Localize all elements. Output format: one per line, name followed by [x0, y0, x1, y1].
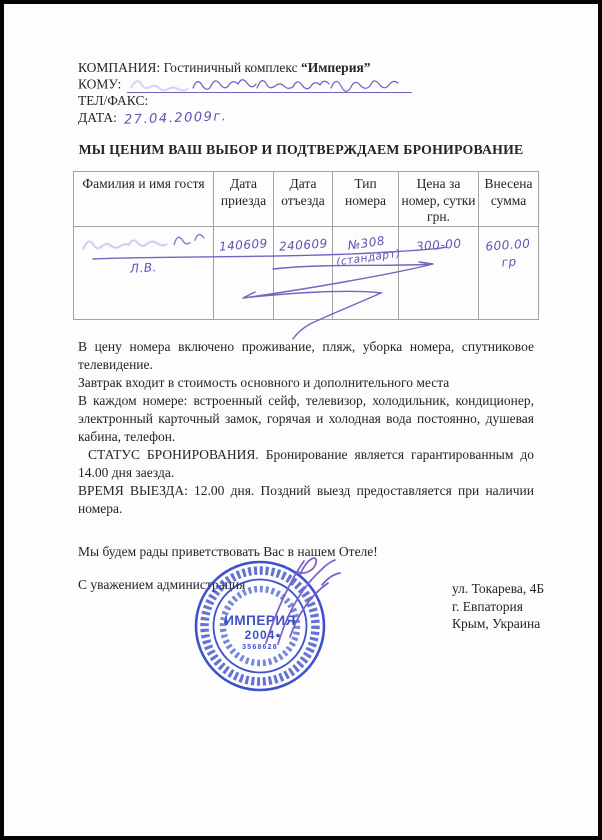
company-label: КОМПАНИЯ: [78, 60, 160, 75]
document-header: КОМПАНИЯ: Гостиничный комплекс “Империя”… [78, 60, 412, 127]
document-title: МЫ ЦЕНИМ ВАШ ВЫБОР И ПОДТВЕРЖДАЕМ БРОНИР… [0, 142, 602, 158]
handwritten-arrival: 140609 [219, 235, 269, 255]
body-text: В цену номера включено проживание, пляж,… [78, 338, 534, 518]
col-guest-name: Фамилия и имя гостя [74, 172, 214, 227]
handwritten-date: 27.04.2009г. [124, 109, 228, 129]
handwritten-price: 300-00 [415, 235, 462, 255]
col-departure-date: Дата отъезда [274, 172, 333, 227]
signature [238, 545, 348, 660]
arrival-cell: 140609 [214, 227, 274, 320]
guest-initials: Л.В. [130, 259, 158, 277]
to-label: КОМУ: [78, 77, 121, 92]
booking-confirmation-document: КОМПАНИЯ: Гостиничный комплекс “Империя”… [0, 0, 602, 840]
amount-paid-cell: 600.00 гр [479, 227, 539, 320]
date-line: ДАТА: 27.04.2009г. [78, 110, 412, 127]
handwritten-recipient-name [127, 76, 412, 94]
address-region: Крым, Украина [452, 615, 544, 633]
paragraph-checkout-time: ВРЕМЯ ВЫЕЗДА: 12.00 дня. Поздний выезд п… [78, 482, 534, 518]
handwritten-departure: 240609 [278, 235, 328, 255]
company-line: КОМПАНИЯ: Гостиничный комплекс “Империя” [78, 60, 412, 76]
paragraph-room-includes: В цену номера включено проживание, пляж,… [78, 338, 534, 374]
table-row: Л.В. 140609 240609 №308 (стандарт) 300-0… [74, 227, 539, 320]
price-cell: 300-00 [399, 227, 479, 320]
recipient-line: КОМУ: [78, 76, 412, 93]
room-category: (стандарт) [335, 245, 402, 270]
company-text: Гостиничный комплекс [164, 60, 298, 75]
date-label: ДАТА: [78, 110, 117, 125]
booking-table: Фамилия и имя гостя Дата приезда Дата от… [73, 171, 539, 320]
signature-icon [238, 545, 348, 655]
col-arrival-date: Дата приезда [214, 172, 274, 227]
paragraph-room-amenities: В каждом номере: встроенный сейф, телеви… [78, 392, 534, 446]
col-price: Цена за номер, сутки грн. [399, 172, 479, 227]
handwritten-room: №308 (стандарт) [333, 231, 402, 271]
recipient-underline [127, 76, 412, 93]
departure-cell: 240609 [274, 227, 333, 320]
company-name: “Империя” [301, 60, 371, 75]
paragraph-booking-status: СТАТУС БРОНИРОВАНИЯ. Бронирование являет… [78, 446, 534, 482]
handwritten-guest-name [78, 228, 209, 259]
address-city: г. Евпатория [452, 598, 544, 616]
telfax-label: ТЕЛ/ФАКС: [78, 93, 148, 108]
col-amount-paid: Внесена сумма [479, 172, 539, 227]
address-street: ул. Токарева, 4Б [452, 580, 544, 598]
table-header-row: Фамилия и имя гостя Дата приезда Дата от… [74, 172, 539, 227]
room-type-cell: №308 (стандарт) [333, 227, 399, 320]
guest-name-cell: Л.В. [74, 227, 214, 320]
hotel-address: ул. Токарева, 4Б г. Евпатория Крым, Укра… [452, 580, 544, 633]
col-room-type: Тип номера [333, 172, 399, 227]
handwritten-amount: 600.00 гр [480, 235, 537, 272]
telfax-line: ТЕЛ/ФАКС: [78, 93, 412, 109]
paragraph-breakfast: Завтрак входит в стоимость основного и д… [78, 374, 534, 392]
